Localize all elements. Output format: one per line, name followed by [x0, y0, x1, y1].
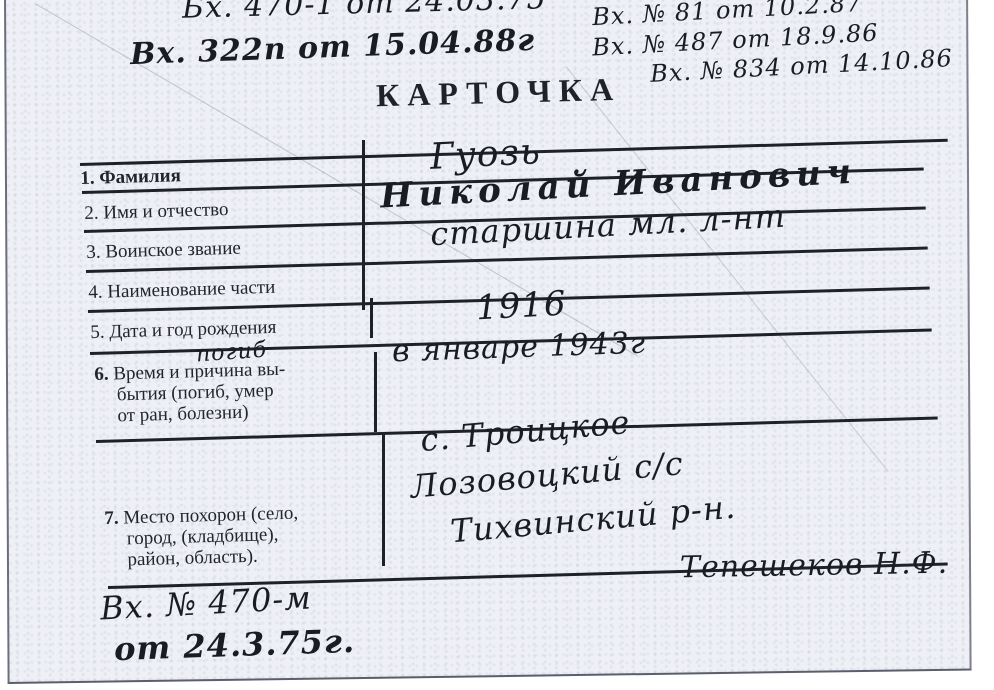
field-label-surname: 1. Фамилия: [80, 165, 181, 189]
column-divider: [370, 298, 373, 338]
signature: Тепешеков Н.Ф.: [680, 546, 949, 586]
field-label-rank: 3. Воинское звание: [86, 238, 241, 263]
value-birth-year: 1916: [475, 284, 568, 329]
column-divider: [362, 140, 365, 310]
column-divider: [382, 432, 385, 566]
field-label-burial: 7. Место похорон (село, город, (кладбище…: [104, 503, 300, 571]
label-overwrite: погиб: [195, 338, 268, 368]
field-label-name: 2. Имя и отчество: [84, 199, 229, 224]
card-title: КАРТОЧКА: [376, 71, 622, 114]
column-divider: [374, 352, 377, 432]
field-label-departure: 6. Время и причина вы- бытия (погиб, уме…: [94, 359, 287, 427]
